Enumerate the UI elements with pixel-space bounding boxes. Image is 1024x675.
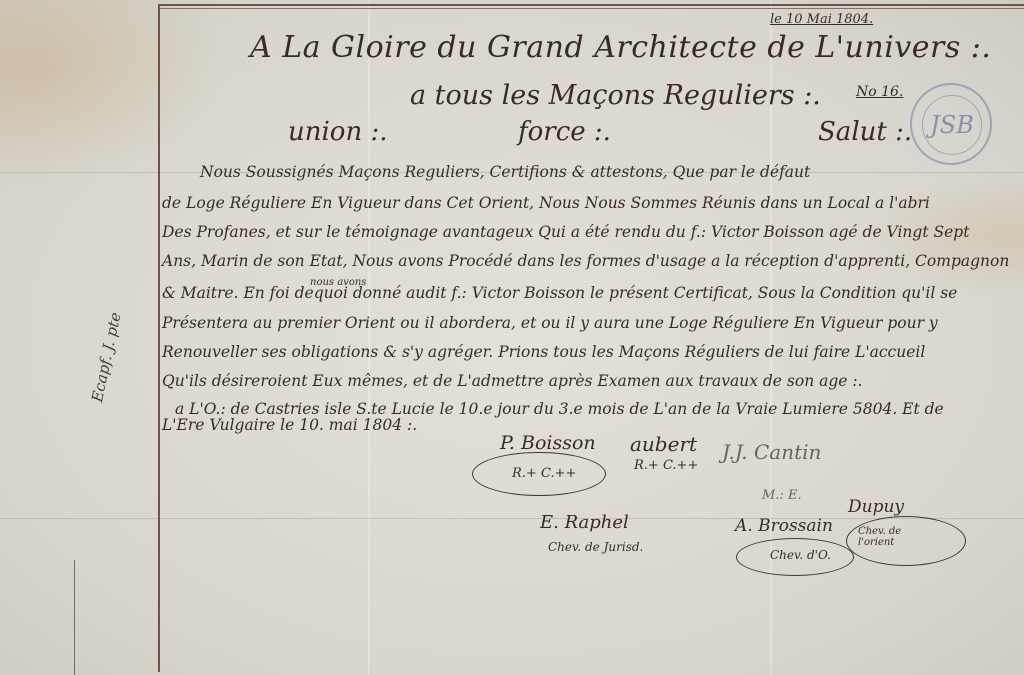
left-margin-rule [74, 560, 75, 675]
body-line: Renouveller ses obligations & s'y agrége… [162, 343, 925, 361]
certificate-paper: le 10 Mai 1804. A La Gloire du Grand Arc… [0, 0, 1024, 675]
signature-name: J.J. Cantin [722, 440, 821, 464]
signature-name: A. Brossain [735, 516, 833, 536]
paper-fold-vertical [368, 0, 370, 675]
signature-name: aubert [630, 432, 697, 456]
signature-name: P. Boisson [500, 432, 596, 454]
stamp-monogram: JSB [922, 95, 982, 155]
top-border-rule-inner [160, 8, 1024, 9]
body-line: Des Profanes, et sur le témoignage avant… [162, 223, 969, 241]
certificate-subtitle: a tous les Maçons Reguliers :. [410, 80, 821, 111]
date-annotation: le 10 Mai 1804. [770, 12, 873, 27]
motto-force: force :. [518, 117, 611, 147]
archive-stamp: JSB [910, 83, 992, 165]
body-line: Nous Soussignés Maçons Reguliers, Certif… [200, 163, 810, 181]
margin-annotation: Ecapf. J. pte [88, 311, 125, 404]
motto-salut: Salut :. [818, 117, 912, 147]
signature-title: Chev. d'O. [770, 548, 831, 562]
body-line: L'Ere Vulgaire le 10. mai 1804 :. [162, 416, 417, 434]
body-line: Présentera au premier Orient ou il abord… [162, 314, 938, 332]
signature-title: M.: E. [762, 488, 802, 503]
body-line: & Maitre. En foi dequoi donné audit f.: … [162, 284, 957, 302]
signature-title: R.+ C.++ [512, 466, 576, 481]
motto-union: union :. [288, 117, 388, 147]
signature-title: Chev. de Jurisd. [548, 540, 643, 554]
body-line: de Loge Réguliere En Vigueur dans Cet Or… [162, 194, 930, 212]
top-border-rule [160, 4, 1024, 6]
body-line: Qu'ils désireroient Eux mêmes, et de L'a… [162, 372, 863, 390]
signature-name: Dupuy [848, 497, 904, 517]
left-border-rule [158, 4, 160, 672]
certificate-number: No 16. [856, 84, 903, 100]
signature-name: E. Raphel [540, 512, 629, 533]
signature-title: Chev. de l'orient [858, 526, 938, 548]
certificate-title: A La Gloire du Grand Architecte de L'uni… [250, 30, 991, 65]
paper-crease [0, 518, 1024, 519]
body-line: Ans, Marin de son Etat, Nous avons Procé… [162, 252, 1009, 270]
signature-title: R.+ C.++ [634, 458, 698, 473]
